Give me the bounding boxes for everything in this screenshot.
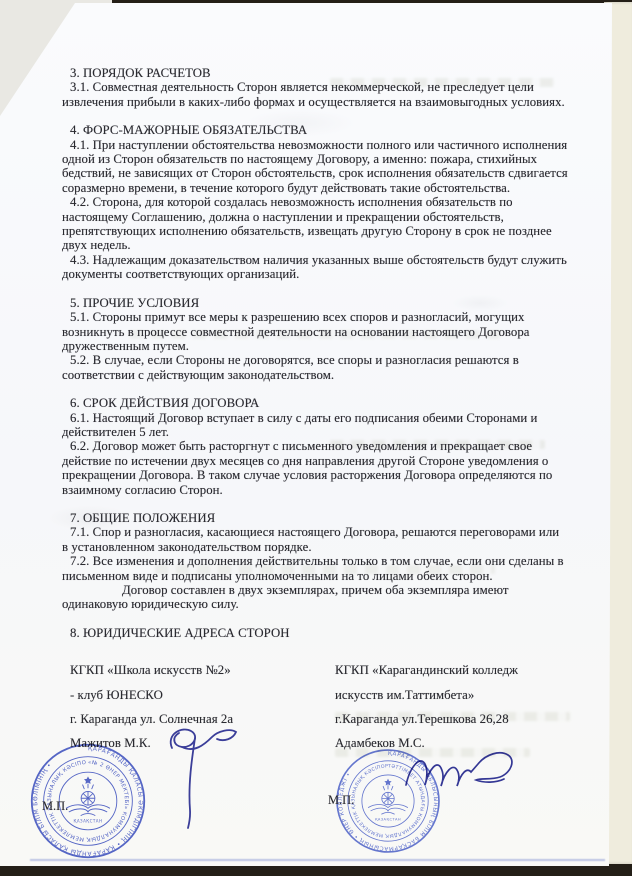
clause: 5.2. В случае, если Стороны не договорят… [62,353,568,382]
section-force-majeure: 4. ФОРС-МАЖОРНЫЕ ОБЯЗАТЕЛЬСТВА 4.1. При … [62,123,568,281]
paper-sheet: 3. ПОРЯДОК РАСЧЕТОВ 3.1. Совместная деят… [0,3,614,866]
section-term: 6. СРОК ДЕЙСТВИЯ ДОГОВОРА 6.1. Настоящий… [62,396,568,497]
clause: 7.1. Спор и разногласия, касающиеся наст… [62,525,568,554]
section-heading: 5. ПРОЧИЕ УСЛОВИЯ [70,296,568,310]
clause: 3.1. Совместная деятельность Сторон явля… [62,80,568,109]
stamp-center-label: ҚАЗАҚСТАН [375,817,401,821]
closing-clause: Договор составлен в двух экземплярах, пр… [62,583,568,612]
clause: 7.2. Все изменения и дополнения действит… [62,554,568,583]
section-general: 7. ОБЩИЕ ПОЛОЖЕНИЯ 7.1. Спор и разноглас… [62,511,568,612]
section-payments: 3. ПОРЯДОК РАСЧЕТОВ 3.1. Совместная деят… [62,66,568,109]
handwritten-signature-left [138,722,248,834]
clause: 5.1. Стороны примут все меры к разрешени… [62,310,568,353]
clause: 4.3. Надлежащим доказательством наличия … [62,253,568,282]
party-name-2: - клуб ЮНЕСКО [70,683,335,707]
section-heading: 6. СРОК ДЕЙСТВИЯ ДОГОВОРА [70,396,568,410]
clause: 6.1. Настоящий Договор вступает в силу с… [62,411,568,440]
handwritten-signature-right [400,743,552,803]
contract-body: 3. ПОРЯДОК РАСЧЕТОВ 3.1. Совместная деят… [62,66,568,756]
stamp-center-label: ҚАЗАҚСТАН [74,818,103,823]
party-name: КГКП «Карагандинский колледж [335,658,518,682]
section-heading: 3. ПОРЯДОК РАСЧЕТОВ [70,66,568,80]
clause: 6.2. Договор может быть расторгнут с пис… [62,439,568,497]
section-heading: 8. ЮРИДИЧЕСКИЕ АДРЕСА СТОРОН [70,626,568,640]
seal-place-mark-left: М.П. [42,799,68,814]
party-address: г.Караганда ул.Терешкова 26,28 [335,707,518,731]
party-name: КГКП «Школа искусств №2» [70,658,335,682]
clause: 4.1. При наступлении обстоятельства нево… [62,138,568,196]
clause: 4.2. Сторона, для которой создалась нево… [62,195,568,253]
seal-place-mark-right: М.П. [328,793,354,808]
section-other-terms: 5. ПРОЧИЕ УСЛОВИЯ 5.1. Стороны примут вс… [62,296,568,382]
section-heading: 4. ФОРС-МАЖОРНЫЕ ОБЯЗАТЕЛЬСТВА [70,123,568,137]
party-name-2: искусств им.Таттимбета» [335,683,518,707]
section-heading: 7. ОБЩИЕ ПОЛОЖЕНИЯ [70,511,568,525]
party-right: КГКП «Карагандинский колледж искусств им… [335,658,518,756]
kazakhstan-emblem-icon [66,776,110,815]
scanned-contract-page: 3. ПОРЯДОК РАСЧЕТОВ 3.1. Совместная деят… [0,0,632,876]
